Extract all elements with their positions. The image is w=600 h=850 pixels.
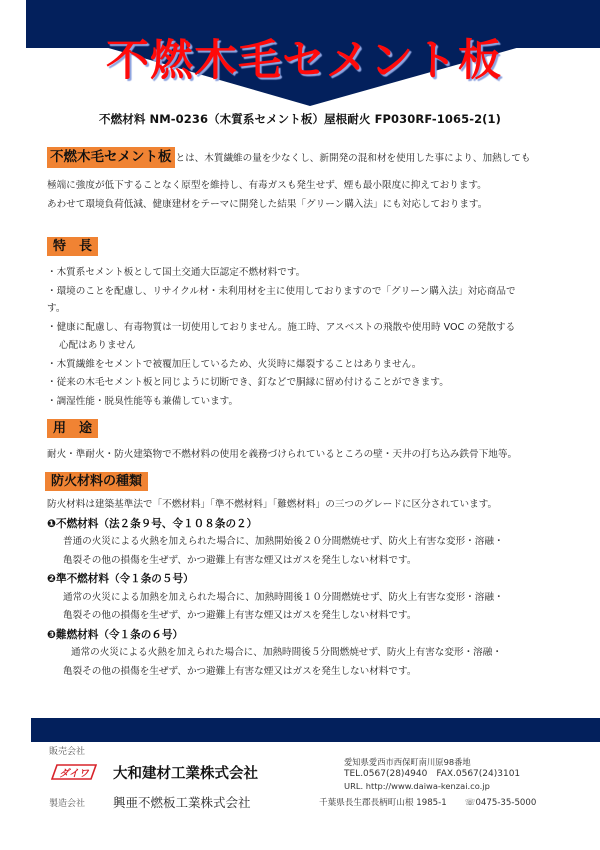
grade-body-line: 普通の火災による火熱を加えられた場合に、加熱開始後２０分間燃焼せず、防火上有害な…	[63, 533, 587, 552]
maker-label: 製造会社	[49, 796, 85, 809]
seller-url[interactable]: URL. http://www.daiwa-kenzai.co.jp	[344, 781, 490, 793]
intro-paragraph: 不燃木毛セメント板 とは、木質繊維の量を少なくし、新開発の混和材を使用した事によ…	[47, 146, 577, 214]
intro-highlight: 不燃木毛セメント板	[47, 147, 175, 168]
features-list: ・木質系セメント板として国土交通大臣認定不燃材料です。 ・環境のことを配慮し、リ…	[47, 264, 577, 411]
maker-contact: 千葉県長生郡長柄町山根 1985-1☏0475-35-5000	[319, 796, 536, 808]
maker-company-name: 興亜不燃板工業株式会社	[113, 793, 251, 811]
grade-body-quasi-noncombustible: 通常の火災による加熱を加えられた場合に、加熱時間後１０分間燃焼せず、防火上有害な…	[47, 589, 587, 626]
footer-band	[31, 718, 600, 742]
grade-body-line: 通常の火災による火熱を加えられた場合に、加熱時間後５分間燃焼せず、防火上有害な変…	[63, 644, 587, 663]
intro-line-2: 極端に強度が低下することなく原型を維持し、有毒ガスも発生せず、煙も最小限度に抑え…	[47, 176, 577, 195]
daiwa-logo-icon: ダイワ	[51, 763, 97, 781]
seller-company-name: 大和建材工業株式会社	[113, 762, 258, 783]
feature-item: ・木質系セメント板として国土交通大臣認定不燃材料です。	[47, 264, 577, 283]
feature-item: ・従来の木毛セメント板と同じように切断でき、釘などで胴縁に留め付けることができま…	[47, 374, 577, 393]
grade-body-fire-retardant: 通常の火災による火熱を加えられた場合に、加熱時間後５分間燃焼せず、防火上有害な変…	[47, 644, 587, 681]
grade-body-line: 亀裂その他の損傷を生ぜず、かつ避難上有害な煙又はガスを発生しない材料です。	[63, 552, 587, 571]
feature-item-continuation: す。	[47, 300, 577, 319]
svg-text:ダイワ: ダイワ	[59, 768, 90, 780]
grade-title-quasi-noncombustible: ❷準不燃材料（令１条の５号）	[47, 570, 587, 589]
page-title: 不燃木毛セメント板	[0, 36, 600, 86]
section-label-usage: 用 途	[47, 419, 98, 438]
fire-materials-intro: 防火材料は建築基準法で「不燃材料」「準不燃材料」「難燃材料」の三つのグレードに区…	[47, 496, 587, 515]
feature-item: ・木質繊維をセメントで被覆加圧しているため、火災時に爆裂することはありません。	[47, 356, 577, 375]
section-label-fire-materials: 防火材料の種類	[45, 472, 148, 491]
page-subtitle: 不燃材料 NM-0236（木質系セメント板）屋根耐火 FP030RF-1065-…	[0, 111, 600, 127]
maker-address: 千葉県長生郡長柄町山根 1985-1	[319, 798, 447, 808]
fire-materials-section: 防火材料は建築基準法で「不燃材料」「準不燃材料」「難燃材料」の三つのグレードに区…	[47, 496, 587, 681]
feature-item: ・健康に配慮し、有毒物質は一切使用しておりません。施工時、アスベストの飛散や使用…	[47, 319, 577, 338]
seller-phone-fax: TEL.0567(28)4940 FAX.0567(24)3101	[344, 769, 520, 781]
grade-title-fire-retardant: ❸難燃材料（令１条の６号）	[47, 626, 587, 645]
intro-line-1: とは、木質繊維の量を少なくし、新開発の混和材を使用した事により、加熱しても	[176, 150, 531, 164]
section-label-features: 特 長	[47, 237, 98, 256]
feature-item-continuation: 心配はありません	[47, 337, 577, 356]
grade-body-noncombustible: 普通の火災による火熱を加えられた場合に、加熱開始後２０分間燃焼せず、防火上有害な…	[47, 533, 587, 570]
feature-item: ・環境のことを配慮し、リサイクル材・未利用材を主に使用しておりますので「グリーン…	[47, 283, 577, 302]
feature-item: ・調湿性能・脱臭性能等も兼備しています。	[47, 393, 577, 412]
grade-body-line: 亀裂その他の損傷を生ぜず、かつ避難上有害な煙又はガスを発生しない材料です。	[63, 607, 587, 626]
maker-phone: ☏0475-35-5000	[465, 798, 537, 808]
intro-line-3: あわせて環境負荷低減、健康建材をテーマに開発した結果「グリーン購入法」にも対応し…	[47, 195, 577, 214]
seller-address: 愛知県愛西市西保町南川原98番地	[344, 757, 471, 769]
seller-label: 販売会社	[49, 744, 85, 757]
grade-body-line: 通常の火災による加熱を加えられた場合に、加熱時間後１０分間燃焼せず、防火上有害な…	[63, 589, 587, 608]
grade-title-noncombustible: ❶不燃材料（法２条９号、令１０８条の２）	[47, 515, 587, 534]
grade-body-line: 亀裂その他の損傷を生ぜず、かつ避難上有害な煙又はガスを発生しない材料です。	[63, 663, 587, 682]
usage-text: 耐火・準耐火・防火建築物で不燃材料の使用を義務づけられているところの壁・天井の打…	[47, 446, 587, 465]
